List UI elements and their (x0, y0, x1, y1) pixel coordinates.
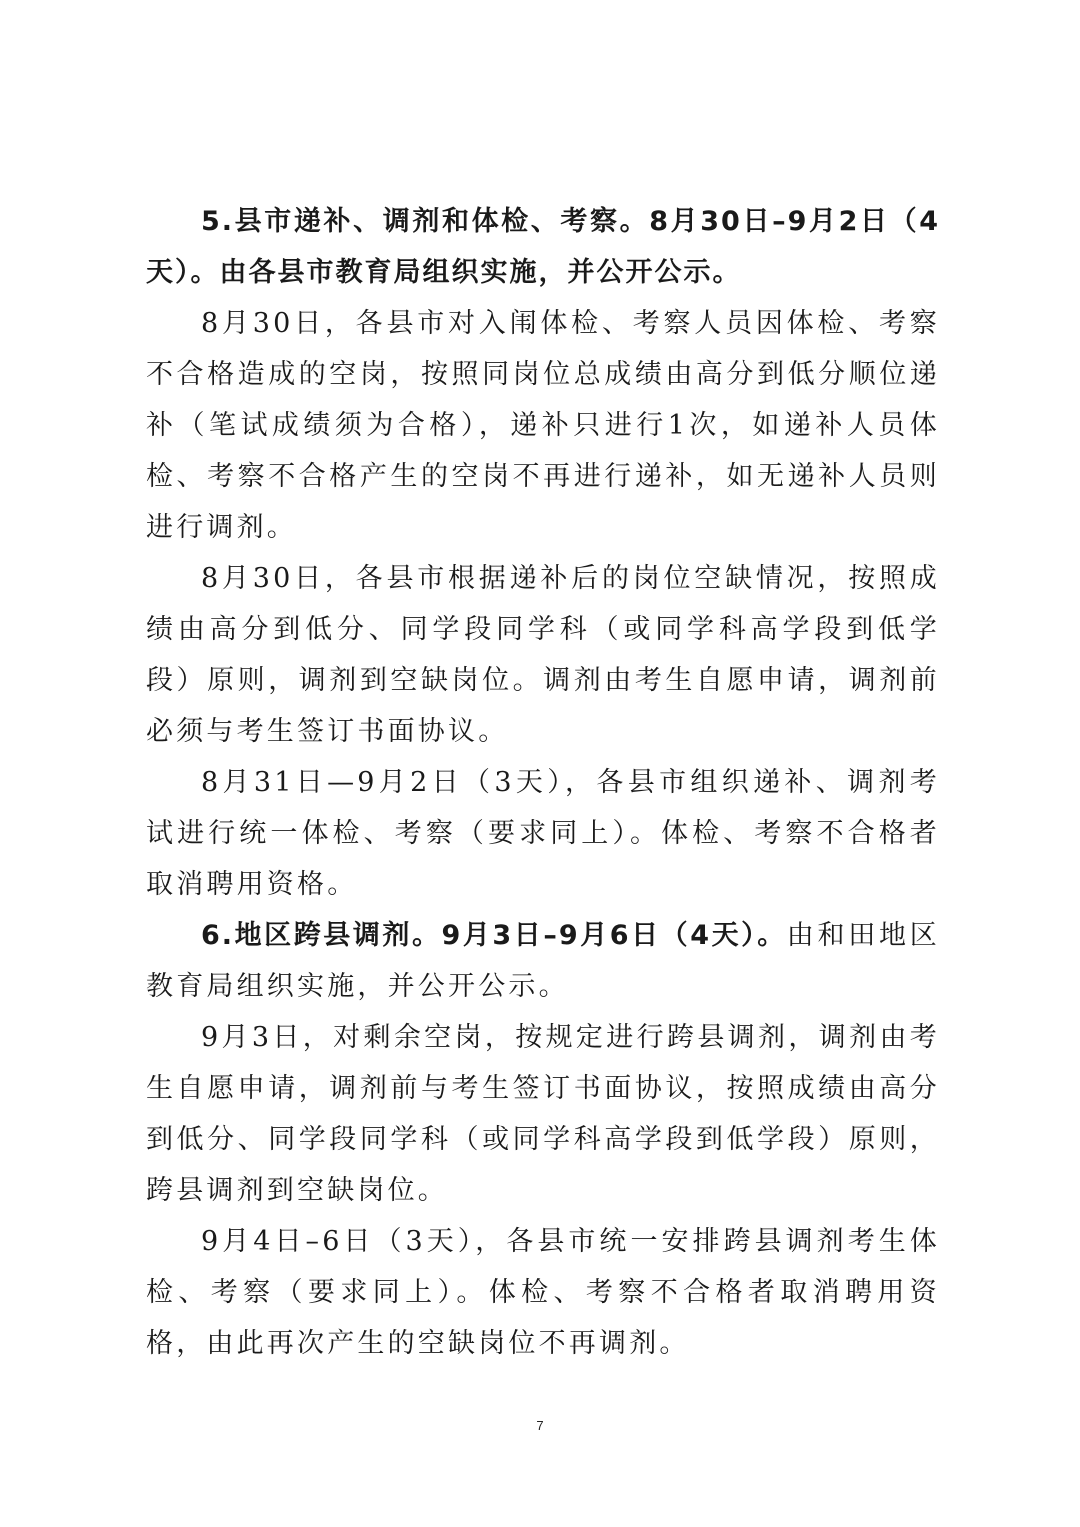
section-5-heading-paragraph: 5.县市递补、调剂和体检、考察。8月30日–9月2日（4天）。由各县市教育局组织… (146, 196, 940, 298)
section-6-paragraph-1: 9月3日，对剩余空岗，按规定进行跨县调剂，调剂由考生自愿申请，调剂前与考生签订书… (146, 1012, 940, 1216)
section-5-paragraph-2: 8月30日，各县市根据递补后的岗位空缺情况，按照成绩由高分到低分、同学段同学科（… (146, 553, 940, 757)
section-5-paragraph-3: 8月31日—9月2日（3天），各县市组织递补、调剂考试进行统一体检、考察（要求同… (146, 757, 940, 910)
section-6-paragraph-2: 9月4日–6日（3天），各县市统一安排跨县调剂考生体检、考察（要求同上）。体检、… (146, 1216, 940, 1369)
section-5-paragraph-1: 8月30日，各县市对入闱体检、考察人员因体检、考察不合格造成的空岗，按照同岗位总… (146, 298, 940, 553)
page-number: 7 (0, 1418, 1080, 1433)
document-page: 5.县市递补、调剂和体检、考察。8月30日–9月2日（4天）。由各县市教育局组织… (146, 196, 940, 1369)
section-6-heading: 6.地区跨县调剂。9月3日–9月6日（4天）。 (201, 920, 787, 951)
section-5-heading: 5.县市递补、调剂和体检、考察。 (201, 206, 649, 237)
section-6-heading-paragraph: 6.地区跨县调剂。9月3日–9月6日（4天）。由和田地区教育局组织实施，并公开公… (146, 910, 940, 1012)
